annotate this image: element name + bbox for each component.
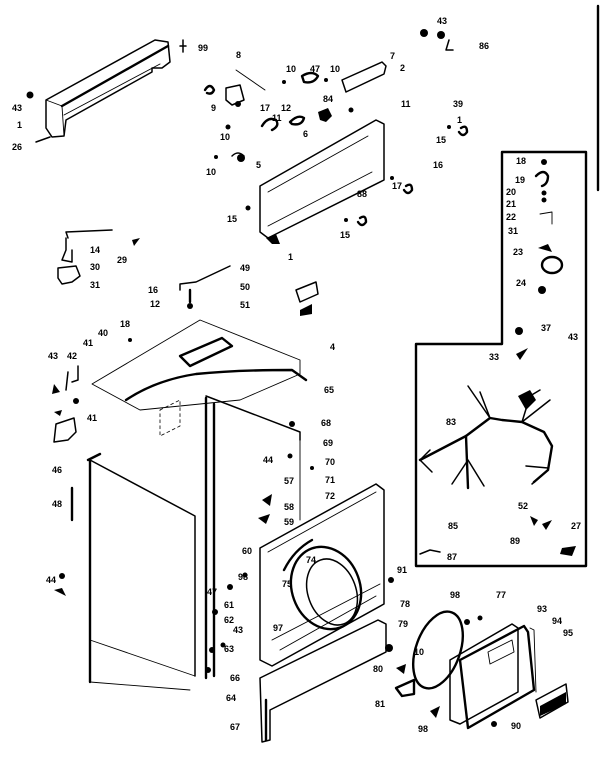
part-number-label: 66 [230,674,240,683]
part-number-label: 2 [400,64,405,73]
part-number-label: 62 [224,616,234,625]
part-number-label: 1 [288,253,293,262]
part-number-label: 75 [282,580,292,589]
part-number-label: 43 [233,626,243,635]
part-number-label: 9 [211,104,216,113]
part-number-label: 10 [206,168,216,177]
part-number-label: 87 [447,553,457,562]
part-number-label: 11 [401,100,411,109]
part-number-label: 84 [323,95,333,104]
part-number-label: 22 [506,213,516,222]
part-number-label: 68 [321,419,331,428]
part-number-label: 65 [324,386,334,395]
part-number-label: 70 [325,458,335,467]
part-number-label: 10 [330,65,340,74]
part-number-label: 48 [52,500,62,509]
part-number-label: 31 [508,227,518,236]
left-brackets [52,366,79,442]
part-number-label: 80 [373,665,383,674]
parts-diagram: 9984312691047107217128411106510114386391… [0,0,608,763]
part-number-label: 61 [224,601,234,610]
part-number-label: 81 [375,700,385,709]
wire-harness [420,386,552,488]
part-number-label: 63 [224,645,234,654]
part-number-label: 50 [240,283,250,292]
part-number-label: 1 [457,116,462,125]
part-number-label: 43 [437,17,447,26]
drum-light-assembly [58,230,140,284]
part-number-label: 64 [226,694,236,703]
part-number-label: 26 [12,143,22,152]
part-number-label: 12 [150,300,160,309]
part-number-label: 91 [397,566,407,575]
part-number-label: 43 [568,333,578,342]
part-number-label: 37 [541,324,551,333]
part-number-label: 83 [446,418,456,427]
part-number-label: 77 [496,591,506,600]
part-number-label: 21 [506,200,516,209]
part-number-label: 4 [330,343,335,352]
part-number-label: 10 [220,133,230,142]
part-number-label: 39 [453,100,463,109]
part-number-label: 8 [236,51,241,60]
part-number-label: 33 [489,353,499,362]
part-number-label: 74 [306,556,316,565]
part-number-label: 78 [400,600,410,609]
part-number-label: 88 [357,190,367,199]
part-number-label: 18 [120,320,130,329]
part-number-label: 69 [323,439,333,448]
part-number-label: 90 [511,722,521,731]
part-number-label: 14 [90,246,100,255]
part-number-label: 95 [563,629,573,638]
part-number-label: 43 [12,104,22,113]
part-number-label: 30 [90,263,100,272]
part-number-label: 16 [433,161,443,170]
part-number-label: 18 [516,157,526,166]
part-number-label: 1 [17,121,22,130]
part-number-label: 47 [207,588,217,597]
diagram-drawing [0,0,608,763]
part-number-label: 5 [256,161,261,170]
part-number-label: 79 [398,620,408,629]
part-number-label: 52 [518,502,528,511]
part-number-label: 44 [263,456,273,465]
part-number-label: 93 [537,605,547,614]
part-number-label: 85 [448,522,458,531]
part-number-label: 10 [286,65,296,74]
part-number-label: 41 [83,339,93,348]
part-number-label: 59 [284,518,294,527]
part-number-label: 31 [90,281,100,290]
part-number-label: 24 [516,279,526,288]
part-number-label: 98 [450,591,460,600]
part-number-label: 58 [284,503,294,512]
part-number-label: 57 [284,477,294,486]
part-number-label: 43 [48,352,58,361]
part-number-label: 15 [340,231,350,240]
part-number-label: 11 [272,114,282,123]
part-number-label: 16 [148,286,158,295]
part-number-label: 10 [414,648,424,657]
console-backsplash [27,40,187,142]
part-number-label: 94 [552,617,562,626]
part-number-label: 17 [392,182,402,191]
part-number-label: 6 [303,130,308,139]
control-panel-parts [205,29,467,193]
part-number-label: 20 [506,188,516,197]
part-number-label: 41 [87,414,97,423]
part-number-label: 60 [242,547,252,556]
part-number-label: 98 [238,573,248,582]
part-number-label: 72 [325,492,335,501]
door-assembly [450,624,568,728]
part-number-label: 49 [240,264,250,273]
part-number-label: 71 [325,476,335,485]
part-number-label: 12 [281,104,291,113]
part-number-label: 99 [198,44,208,53]
part-number-label: 47 [310,65,320,74]
part-number-label: 23 [513,248,523,257]
part-number-label: 15 [436,136,446,145]
part-number-label: 29 [117,256,127,265]
part-number-label: 46 [52,466,62,475]
control-panel-plate [246,120,385,244]
inset-small-parts [420,516,576,556]
part-number-label: 42 [67,352,77,361]
part-number-label: 7 [390,52,395,61]
cabinet-top [92,320,306,410]
part-number-label: 67 [230,723,240,732]
part-number-label: 15 [227,215,237,224]
part-number-label: 97 [273,624,283,633]
part-number-label: 51 [240,301,250,310]
part-number-label: 19 [515,176,525,185]
part-number-label: 17 [260,104,270,113]
part-number-label: 86 [479,42,489,51]
part-number-label: 40 [98,329,108,338]
part-number-label: 27 [571,522,581,531]
wiring-inset [416,6,598,566]
cabinet-body [54,396,300,690]
part-number-label: 98 [418,725,428,734]
part-number-label: 44 [46,576,56,585]
part-number-label: 89 [510,537,520,546]
